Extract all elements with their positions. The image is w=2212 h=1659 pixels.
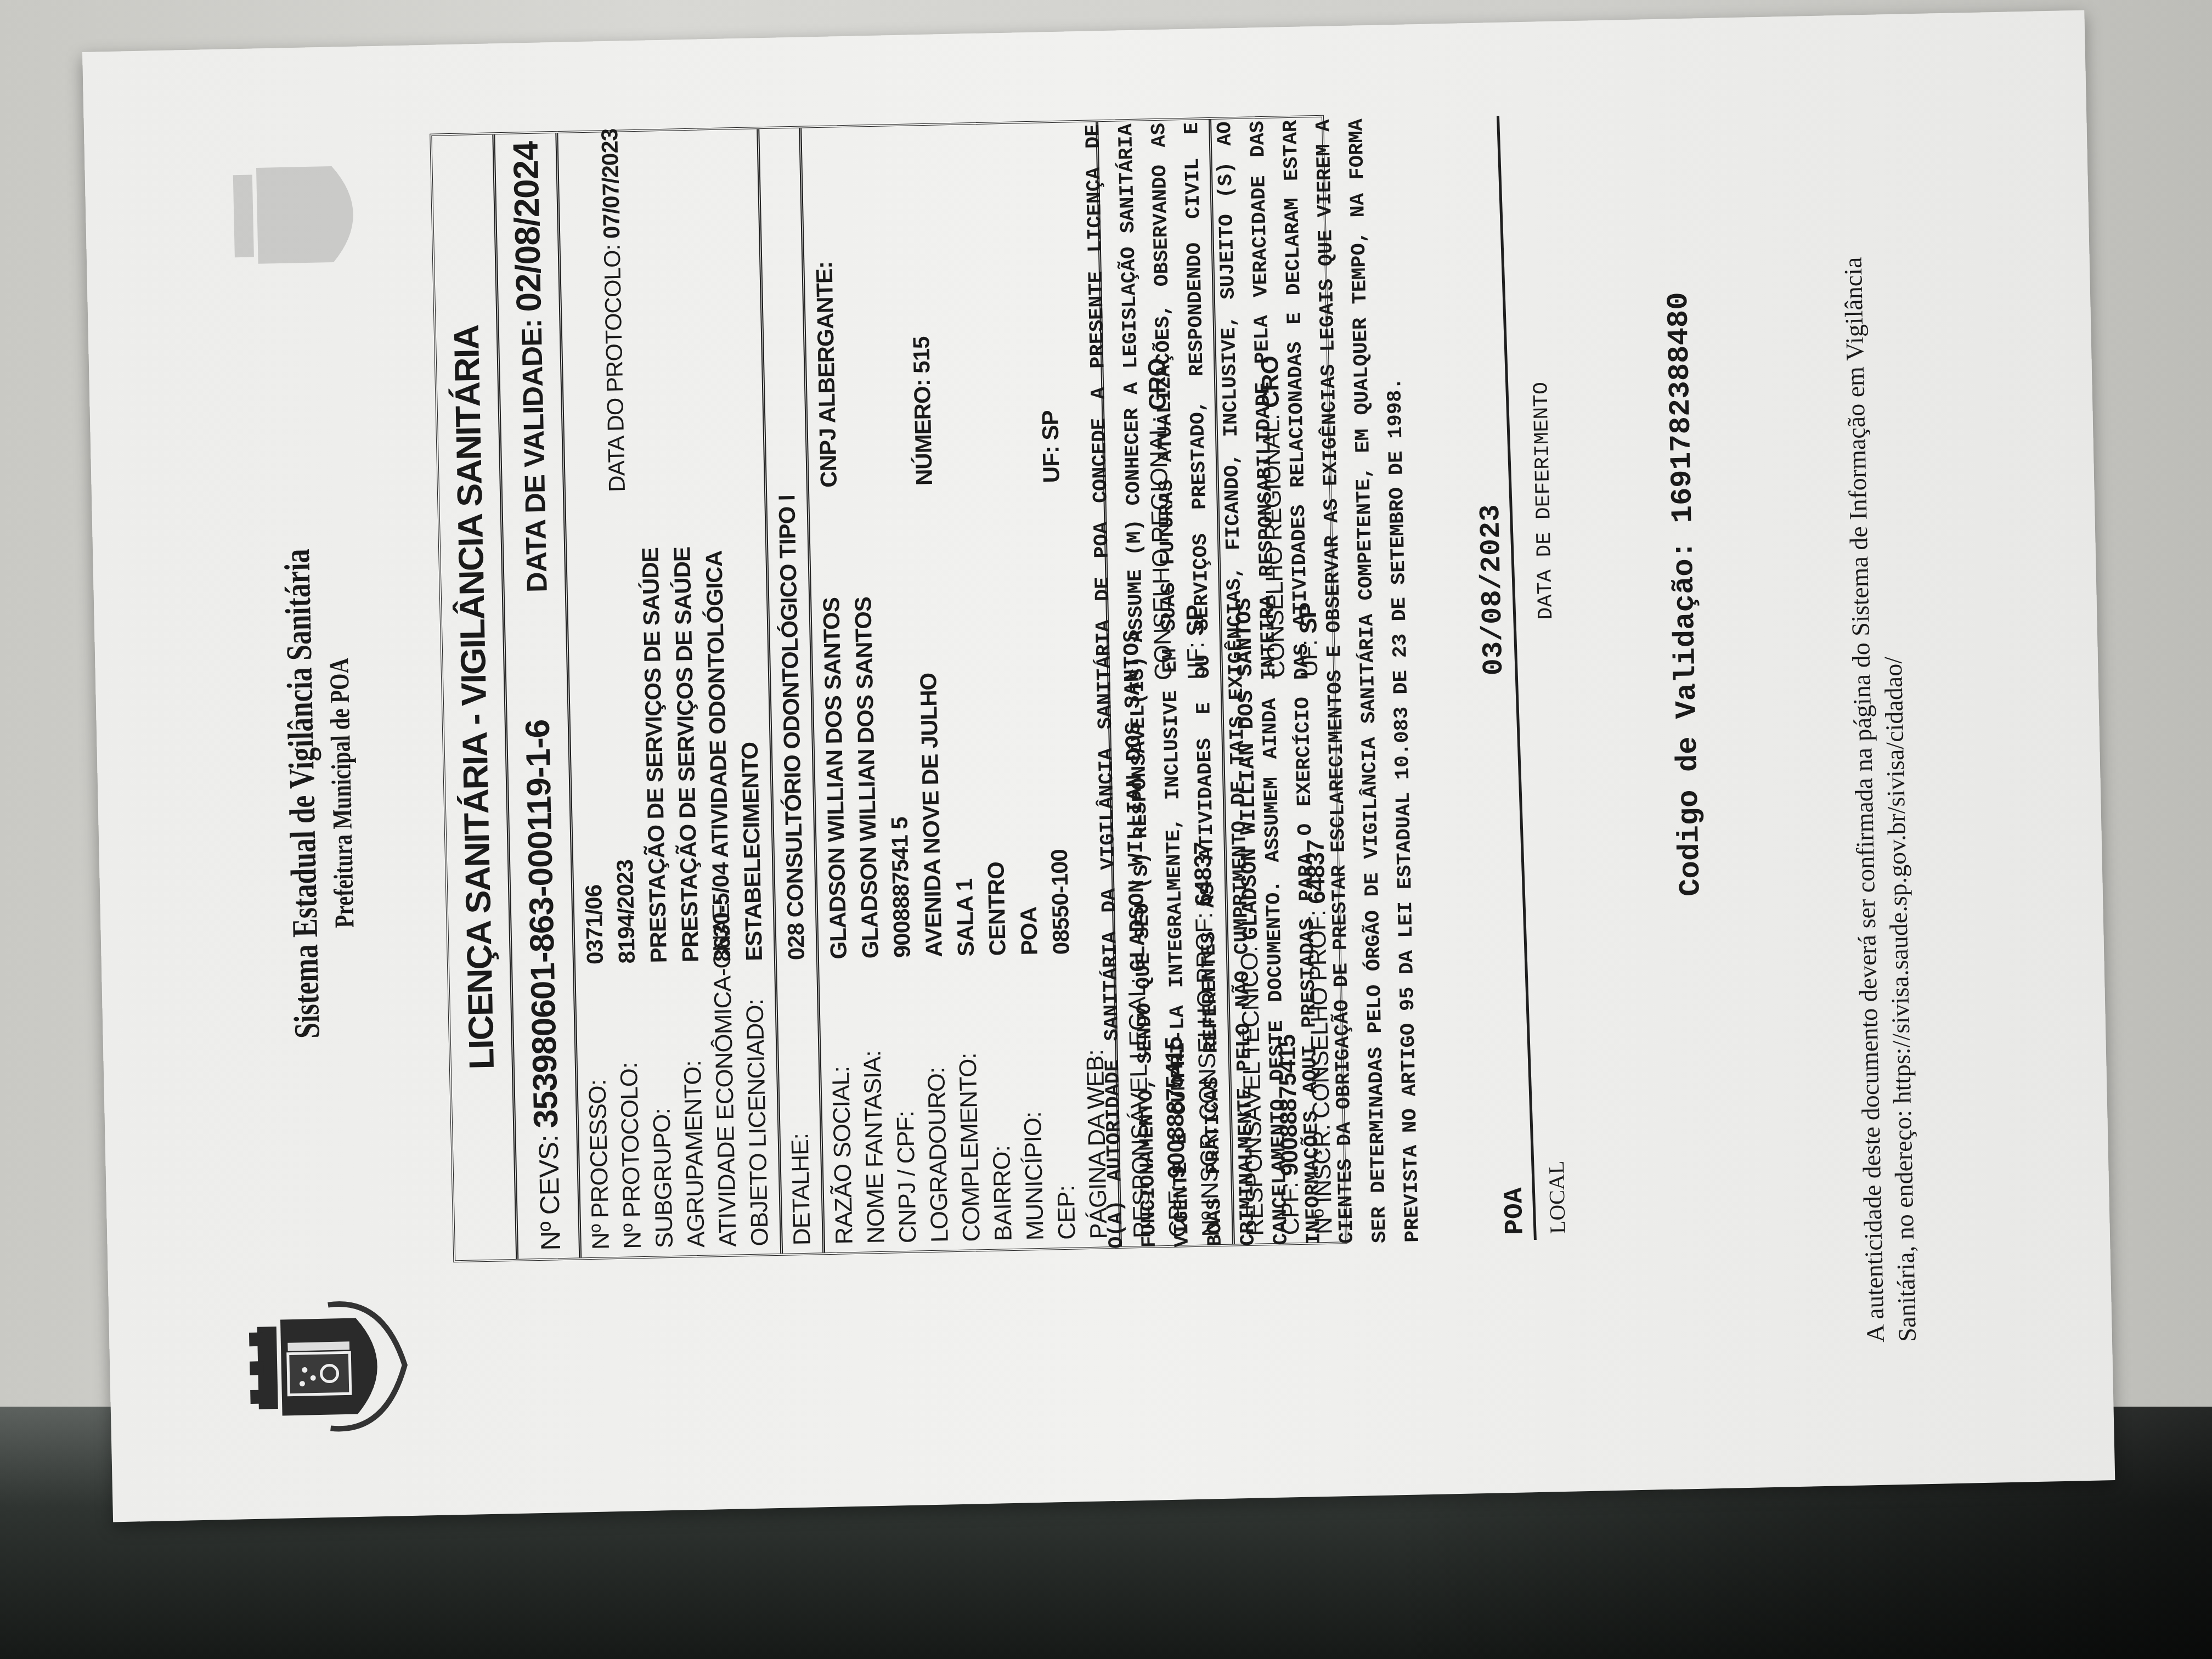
numero-label: NÚMERO: xyxy=(909,379,937,486)
objeto-label: OBJETO LICENCIADO: xyxy=(739,961,776,1246)
detalhe-label: DETALHE: xyxy=(781,960,818,1246)
local-label: LOCAL xyxy=(1543,1160,1571,1234)
validation-label: Codigo de Validação: xyxy=(1667,540,1708,896)
data-protocolo-label: DATA DO PROTOCOLO: xyxy=(599,244,630,492)
numero-field: NÚMERO: 515 xyxy=(906,336,940,486)
legal-declaration-text: O(A) AUTORIDADE SANITÁRIA DA VIGILÂNCIA … xyxy=(1077,117,1430,1249)
cep-value: 08550-100 xyxy=(1046,849,1074,955)
deferimento-date-value: 03/08/2023 xyxy=(1475,504,1511,676)
razao-label: RAZÃO SOCIAL: xyxy=(823,959,860,1245)
validity-field: DATA DE VALIDADE: 02/08/2024 xyxy=(505,141,555,592)
subgrupo-label: SUBGRUPO: xyxy=(644,963,680,1249)
validity-label: DATA DE VALIDADE: xyxy=(516,319,553,592)
process-section: Nº PROCESSO: 0371/06 Nº PROTOCOLO: 8194/… xyxy=(558,129,783,1257)
razao-value: GLADSON WILLIAN DOS SANTOS xyxy=(818,597,851,960)
validity-value: 02/08/2024 xyxy=(506,141,549,312)
printed-license-sheet: Sistema Estadual de Vigilância Sanitária… xyxy=(82,10,2115,1522)
authenticity-footer: A autenticidade deste documento deverá s… xyxy=(1832,25,1923,1343)
protocolo-value: 8194/2023 xyxy=(612,860,640,964)
validation-value: 1691782388480 xyxy=(1662,292,1701,523)
cnpj-label: CNPJ / CPF: xyxy=(887,957,924,1243)
processo-label: Nº PROCESSO: xyxy=(580,964,617,1250)
numero-value: 515 xyxy=(908,336,934,374)
cevs-value: 353980601-863-000119-1-6 xyxy=(518,719,565,1128)
logradouro-label: LOGRADOURO: xyxy=(919,957,956,1243)
data-protocolo-value: 07/07/2023 xyxy=(596,128,624,239)
cep-label: CEP: xyxy=(1046,954,1083,1240)
document-header: Sistema Estadual de Vigilância Sanitária… xyxy=(215,78,431,1509)
document-content: Sistema Estadual de Vigilância Sanitária… xyxy=(105,45,2027,1511)
logradouro-value: AVENIDA NOVE DE JULHO xyxy=(915,673,947,957)
uf-field: UF: SP xyxy=(1035,410,1067,483)
deferimento-date-label: DATA DE DEFERIMENTO xyxy=(1530,382,1558,620)
bairro-label: BAIRRO: xyxy=(983,956,1019,1242)
establishment-section: RAZÃO SOCIAL: GLADSON WILLIAN DOS SANTOS… xyxy=(802,122,1122,1252)
complemento-label: COMPLEMENTO: xyxy=(951,956,988,1242)
cevs-label: Nº CEVS: xyxy=(533,1135,566,1251)
agrupamento-label: AGRUPAMENTO: xyxy=(675,962,712,1248)
uf-value: SP xyxy=(1037,410,1063,441)
cnpj-albergante-label: CNPJ ALBERGANTE: xyxy=(809,261,844,488)
signature-area: POA LOCAL 03/08/2023 DATA DE DEFERIMENTO xyxy=(1461,114,1627,1241)
cevs-field: Nº CEVS: 353980601-863-000119-1-6 xyxy=(518,719,568,1251)
uf-label: UF: xyxy=(1037,446,1064,483)
validation-code: Codigo de Validação: 1691782388480 xyxy=(1662,292,1708,897)
signature-line xyxy=(1497,116,1537,1240)
municipio-label: MUNICÍPIO: xyxy=(1014,955,1051,1241)
cnae-label: ATIVIDADE ECONÔMICA-CNAE: xyxy=(707,961,744,1247)
protocolo-label: Nº PROTOCOLO: xyxy=(612,963,648,1249)
fantasia-label: NOME FANTASIA: xyxy=(855,958,892,1244)
local-value: POA xyxy=(1500,1187,1531,1235)
